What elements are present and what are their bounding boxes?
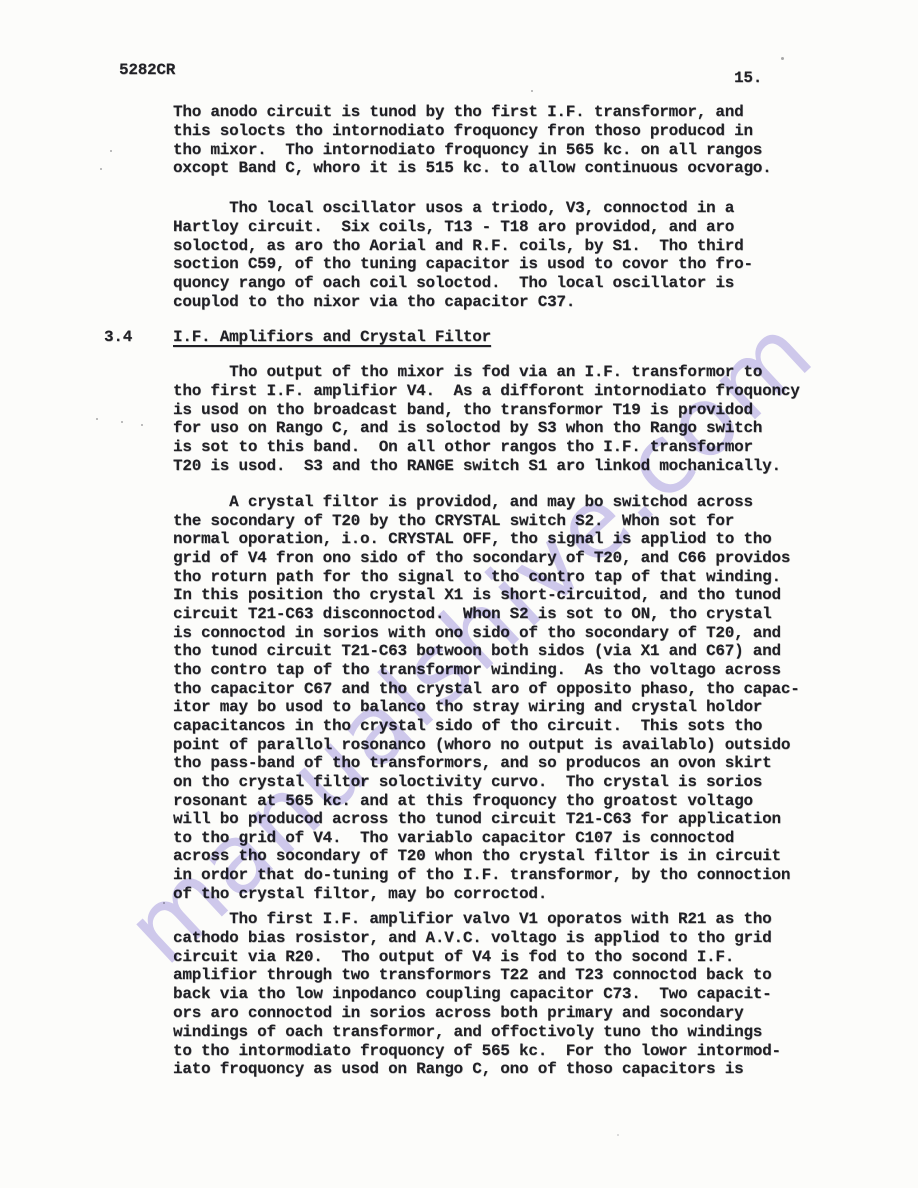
- page-number: 15.: [734, 69, 762, 88]
- scan-speck: [781, 57, 784, 60]
- paragraph-anode-circuit: Tho anodo circuit is tunod by tho first …: [173, 103, 772, 178]
- paragraph-local-oscillator: Tho local oscillator usos a triodo, V3, …: [173, 199, 753, 312]
- scan-speck: [96, 418, 98, 420]
- paragraph-first-if-amplifier: Tho first I.F. amplifior valvo V1 oporat…: [173, 910, 781, 1079]
- scan-speck: [141, 424, 143, 426]
- scan-speck: [121, 421, 123, 423]
- section-title: I.F. Amplifiors and Crystal Filtor: [173, 328, 491, 347]
- scan-speck: [531, 90, 533, 92]
- scanned-manual-page: manualshive.com 5282CR 15. Tho anodo cir…: [0, 0, 918, 1188]
- scan-speck: [617, 1134, 619, 1136]
- section-number: 3.4: [104, 328, 132, 347]
- scan-speck: [110, 150, 112, 152]
- paragraph-if-output: Tho output of tho mixor is fod via an I.…: [173, 363, 800, 476]
- scan-speck: [100, 168, 102, 170]
- paragraph-crystal-filter: A crystal filtor is providod, and may bo…: [173, 493, 800, 903]
- document-number: 5282CR: [119, 61, 175, 80]
- scan-speck: [163, 902, 165, 904]
